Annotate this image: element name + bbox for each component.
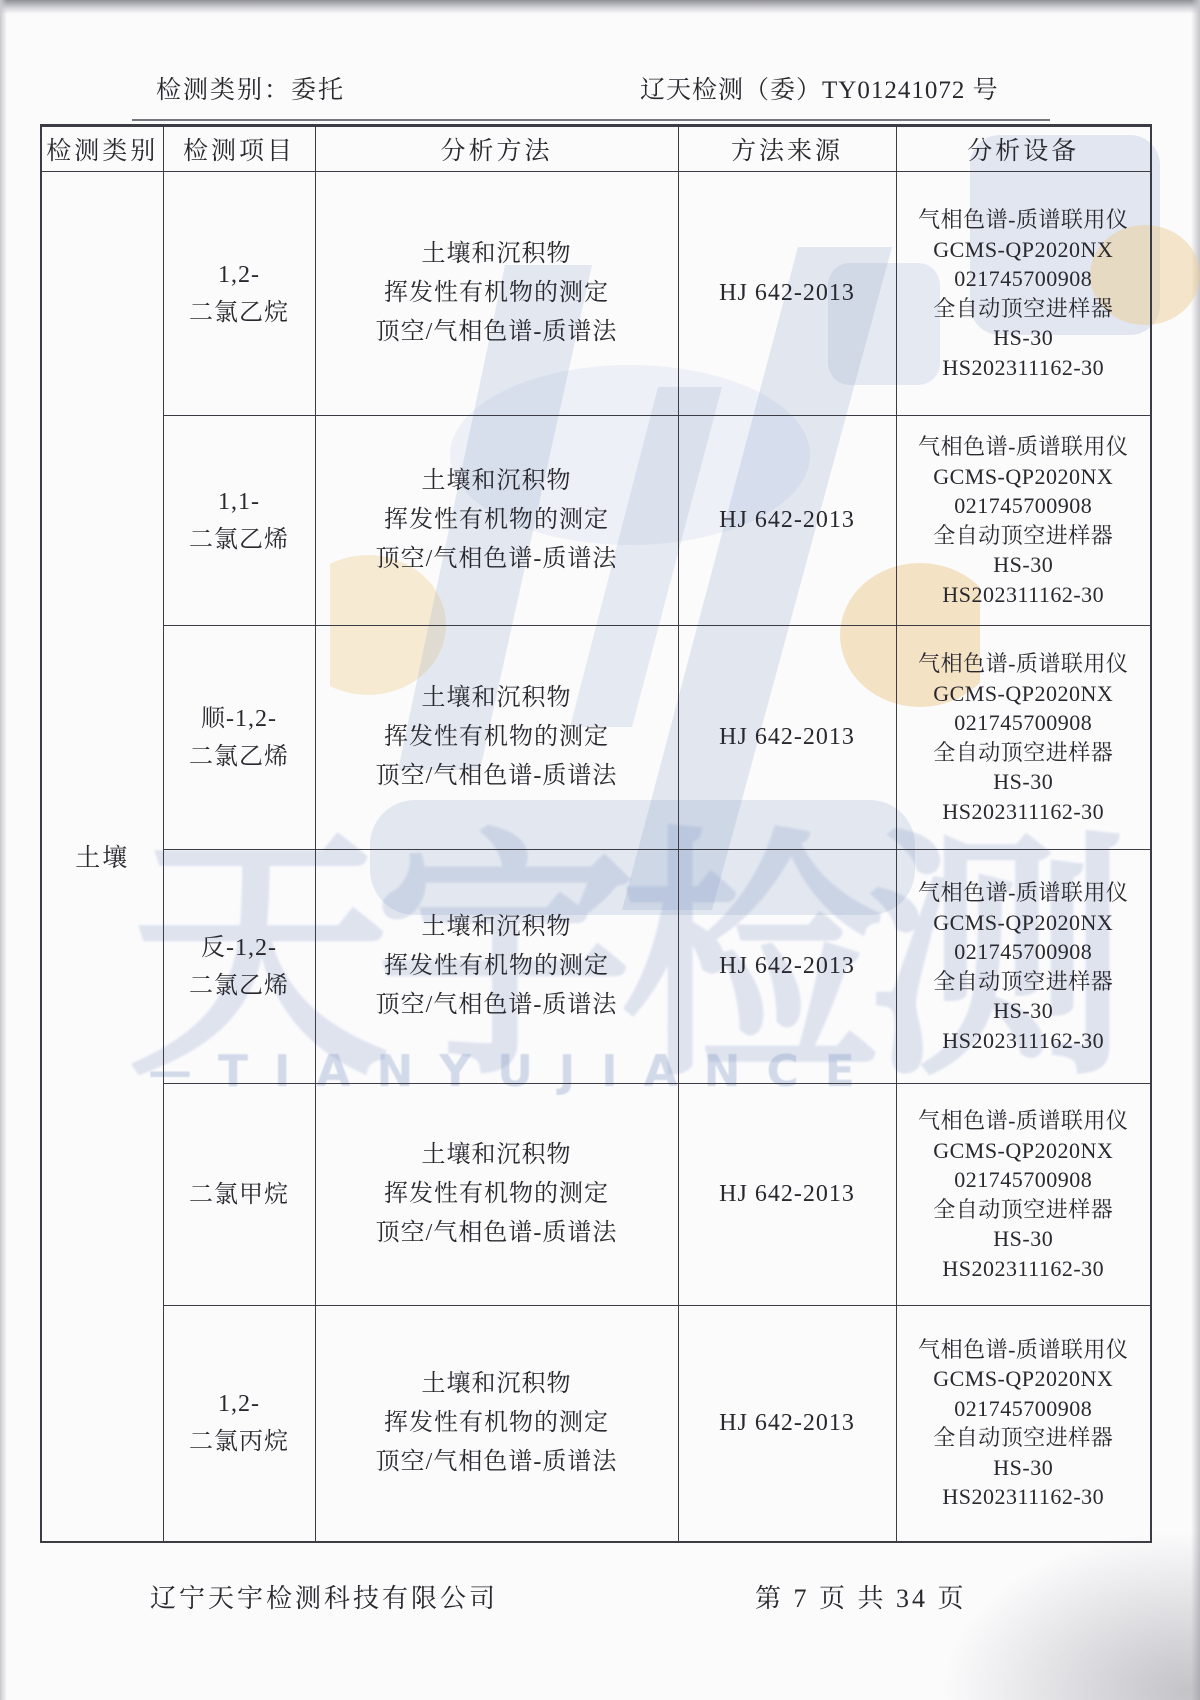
category-cell-soil: 土壤 (41, 172, 163, 1542)
analysis-method-cell: 土壤和沉积物 挥发性有机物的测定 顶空/气相色谱-质谱法 (315, 416, 678, 626)
table-row: 1,2- 二氯丙烷 土壤和沉积物 挥发性有机物的测定 顶空/气相色谱-质谱法 H… (41, 1306, 1151, 1542)
analysis-equipment-cell: 气相色谱-质谱联用仪 GCMS-QP2020NX 021745700908 全自… (896, 1306, 1151, 1542)
scan-edge-left (0, 0, 7, 1700)
analysis-method-cell: 土壤和沉积物 挥发性有机物的测定 顶空/气相色谱-质谱法 (315, 172, 678, 416)
method-source-cell: HJ 642-2013 (678, 850, 896, 1084)
scan-edge-right (1191, 0, 1200, 1700)
test-item-cell: 反-1,2- 二氯乙烯 (163, 850, 315, 1084)
scan-corner-smudge (940, 1530, 1200, 1700)
method-source-cell: HJ 642-2013 (678, 416, 896, 626)
test-item-cell: 1,2- 二氯丙烷 (163, 1306, 315, 1542)
header-test-item: 检测项目 (163, 126, 315, 172)
scanned-report-page: { "page_header": { "category_label": "检测… (0, 0, 1200, 1700)
analysis-method-cell: 土壤和沉积物 挥发性有机物的测定 顶空/气相色谱-质谱法 (315, 1084, 678, 1306)
method-source-cell: HJ 642-2013 (678, 626, 896, 850)
table-header-row: 检测类别 检测项目 分析方法 方法来源 分析设备 (41, 126, 1151, 172)
method-source-cell: HJ 642-2013 (678, 172, 896, 416)
test-item-cell: 二氯甲烷 (163, 1084, 315, 1306)
method-source-cell: HJ 642-2013 (678, 1084, 896, 1306)
table-row: 土壤 1,2- 二氯乙烷 土壤和沉积物 挥发性有机物的测定 顶空/气相色谱-质谱… (41, 172, 1151, 416)
analysis-method-cell: 土壤和沉积物 挥发性有机物的测定 顶空/气相色谱-质谱法 (315, 626, 678, 850)
table-row: 1,1- 二氯乙烯 土壤和沉积物 挥发性有机物的测定 顶空/气相色谱-质谱法 H… (41, 416, 1151, 626)
analysis-equipment-cell: 气相色谱-质谱联用仪 GCMS-QP2020NX 021745700908 全自… (896, 1084, 1151, 1306)
analysis-method-cell: 土壤和沉积物 挥发性有机物的测定 顶空/气相色谱-质谱法 (315, 850, 678, 1084)
header-method-source: 方法来源 (678, 126, 896, 172)
table-top-double-rule (132, 119, 1050, 121)
table-row: 反-1,2- 二氯乙烯 土壤和沉积物 挥发性有机物的测定 顶空/气相色谱-质谱法… (41, 850, 1151, 1084)
company-name: 辽宁天宇检测科技有限公司 (150, 1578, 498, 1615)
header-analysis-method: 分析方法 (315, 126, 678, 172)
page-number: 第 7 页 共 34 页 (755, 1578, 967, 1615)
table-row: 顺-1,2- 二氯乙烯 土壤和沉积物 挥发性有机物的测定 顶空/气相色谱-质谱法… (41, 626, 1151, 850)
report-number: 辽天检测（委）TY01241072 号 (640, 70, 999, 106)
analysis-equipment-cell: 气相色谱-质谱联用仪 GCMS-QP2020NX 021745700908 全自… (896, 416, 1151, 626)
analysis-equipment-cell: 气相色谱-质谱联用仪 GCMS-QP2020NX 021745700908 全自… (896, 626, 1151, 850)
header-analysis-equipment: 分析设备 (896, 126, 1151, 172)
analysis-method-cell: 土壤和沉积物 挥发性有机物的测定 顶空/气相色谱-质谱法 (315, 1306, 678, 1542)
test-item-cell: 1,1- 二氯乙烯 (163, 416, 315, 626)
analysis-equipment-cell: 气相色谱-质谱联用仪 GCMS-QP2020NX 021745700908 全自… (896, 172, 1151, 416)
test-item-cell: 1,2- 二氯乙烷 (163, 172, 315, 416)
header-test-category: 检测类别 (41, 126, 163, 172)
scan-edge-top (0, 0, 1200, 14)
test-category-label: 检测类别：委托 (156, 70, 345, 106)
analysis-method-table: 检测类别 检测项目 分析方法 方法来源 分析设备 土壤 1,2- 二氯乙烷 土壤… (40, 124, 1152, 1543)
method-source-cell: HJ 642-2013 (678, 1306, 896, 1542)
table-row: 二氯甲烷 土壤和沉积物 挥发性有机物的测定 顶空/气相色谱-质谱法 HJ 642… (41, 1084, 1151, 1306)
test-item-cell: 顺-1,2- 二氯乙烯 (163, 626, 315, 850)
analysis-equipment-cell: 气相色谱-质谱联用仪 GCMS-QP2020NX 021745700908 全自… (896, 850, 1151, 1084)
